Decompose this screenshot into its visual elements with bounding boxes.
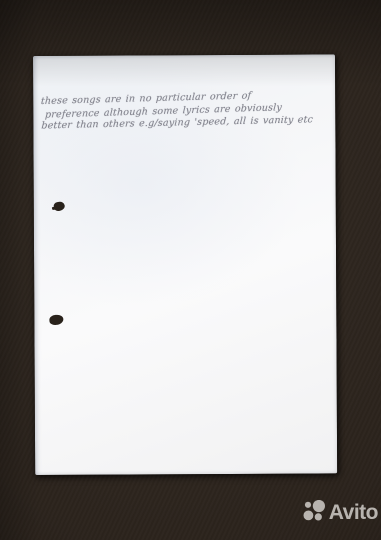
handwritten-note: these songs are in no particular order o…	[39, 88, 331, 133]
punch-hole-top	[53, 201, 65, 212]
avito-watermark-label: Avito	[329, 502, 378, 523]
avito-logo-icon	[303, 500, 327, 524]
avito-watermark: Avito	[303, 500, 378, 524]
photo-of-note-page: these songs are in no particular order o…	[0, 0, 381, 540]
punch-hole-bottom	[49, 314, 64, 325]
paper-sheet: these songs are in no particular order o…	[33, 54, 337, 475]
